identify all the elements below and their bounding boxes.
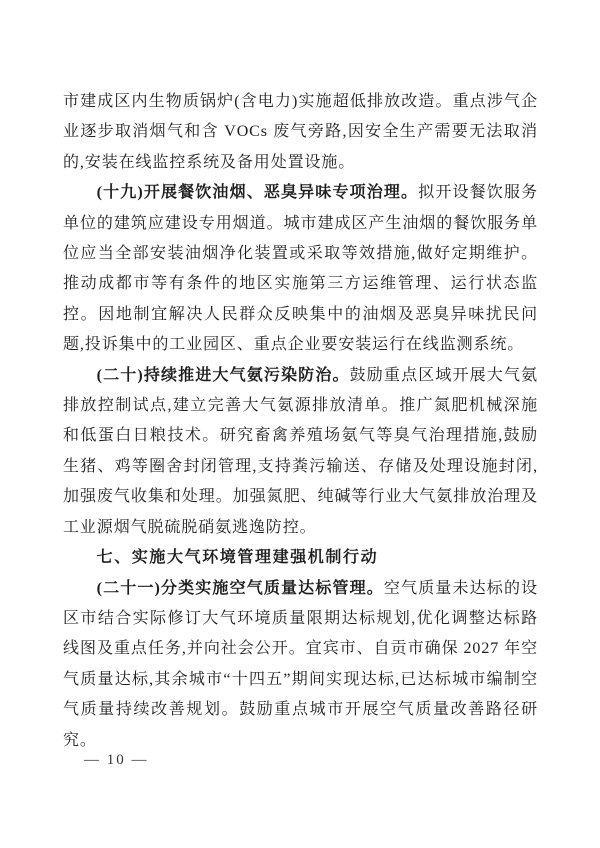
paragraph: (二十一)分类实施空气质量达标管理。空气质量未达标的设区市结合实际修订大气环境质… <box>63 574 538 756</box>
clause-title: (十九)开展餐饮油烟、恶臭异味专项治理。 <box>97 184 419 201</box>
document-page: 市建成区内生物质锅炉(含电力)实施超低排放改造。重点涉气企业逐步取消烟气和含 V… <box>0 0 600 848</box>
page-number: — 10 — <box>84 752 149 769</box>
document-body: 市建成区内生物质锅炉(含电力)实施超低排放改造。重点涉气企业逐步取消烟气和含 V… <box>63 87 538 756</box>
section-heading: 七、实施大气环境管理建强机制行动 <box>63 543 538 573</box>
clause-title: (二十一)分类实施空气质量达标管理。 <box>97 580 384 597</box>
paragraph: 市建成区内生物质锅炉(含电力)实施超低排放改造。重点涉气企业逐步取消烟气和含 V… <box>63 87 538 178</box>
paragraph: (十九)开展餐饮油烟、恶臭异味专项治理。拟开设餐饮服务单位的建筑应建设专用烟道。… <box>63 178 538 360</box>
clause-title: (二十)持续推进大气氨污染防治。 <box>97 367 350 384</box>
paragraph: (二十)持续推进大气氨污染防治。鼓励重点区域开展大气氨排放控制试点,建立完善大气… <box>63 361 538 543</box>
